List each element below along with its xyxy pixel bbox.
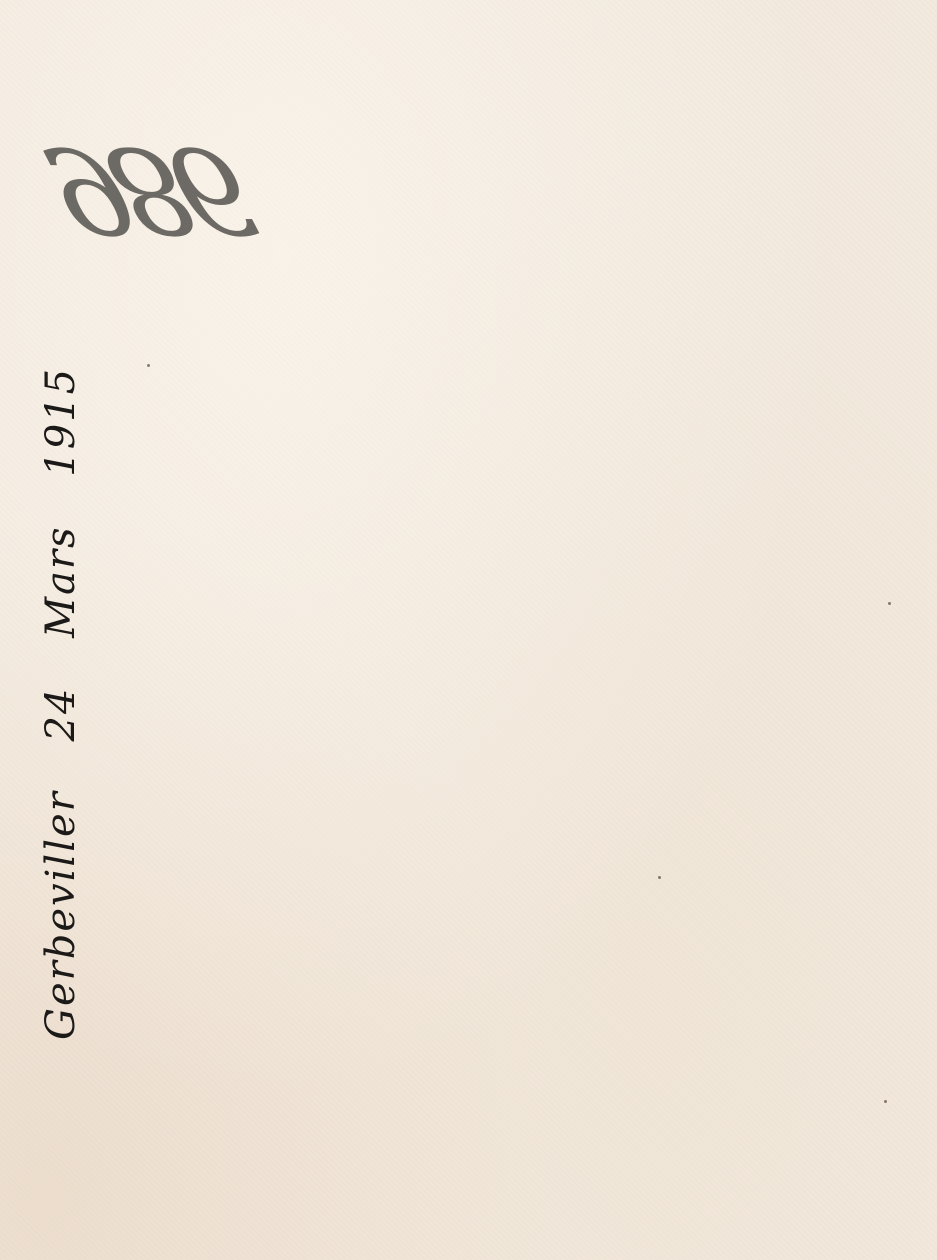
paper-speck: [888, 602, 891, 605]
handwritten-caption: Gerbeviller 24 Mars 1915: [38, 367, 84, 1040]
pencil-inventory-number: 986: [26, 110, 278, 270]
paper-speck: [884, 1100, 887, 1103]
paper-sheet: 986 Gerbeviller 24 Mars 1915: [0, 0, 937, 1260]
paper-speck: [147, 364, 150, 367]
paper-speck: [658, 876, 661, 879]
